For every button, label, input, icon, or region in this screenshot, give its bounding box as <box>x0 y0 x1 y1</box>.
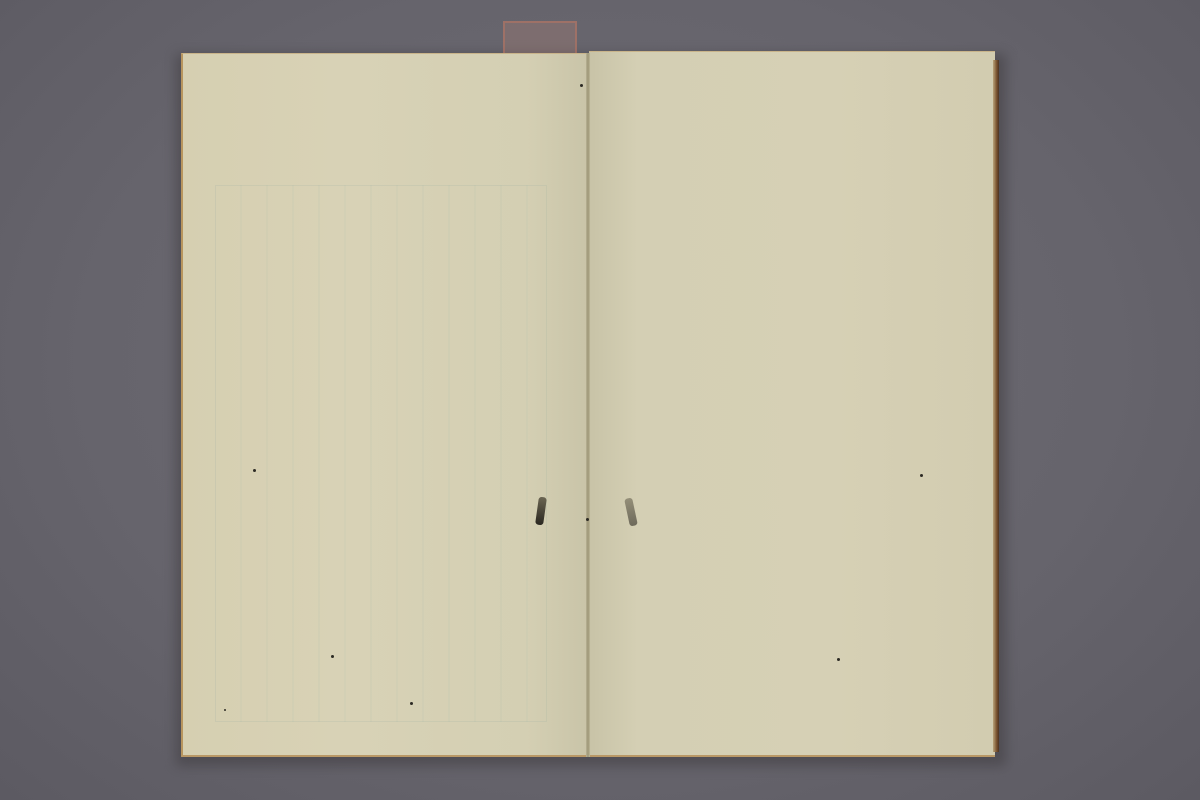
paper-speck <box>410 702 413 705</box>
paper-speck <box>224 709 226 711</box>
paper-speck <box>837 658 840 661</box>
right-page <box>589 51 995 757</box>
paper-speck <box>920 474 923 477</box>
book-photo <box>0 0 1200 800</box>
paper-speck <box>253 469 256 472</box>
paper-speck <box>331 655 334 658</box>
paper-speck <box>586 518 589 521</box>
paper-speck <box>580 84 583 87</box>
page-block-edge <box>993 60 999 752</box>
book-gutter <box>586 53 590 757</box>
left-page-show-through-frame <box>215 185 547 722</box>
